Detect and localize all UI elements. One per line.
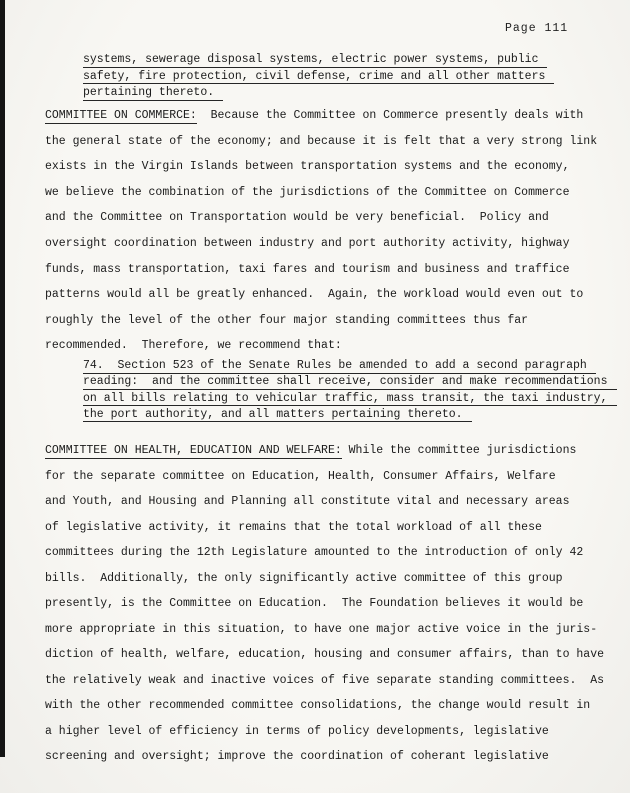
text-line: diction of health, welfare, education, h… bbox=[45, 642, 604, 668]
text-line: we believe the combination of the jurisd… bbox=[45, 180, 597, 206]
intro-quote-block: systems, sewerage disposal systems, elec… bbox=[83, 52, 554, 102]
text-line: patterns would all be greatly enhanced. … bbox=[45, 282, 597, 308]
commerce-paragraph: COMMITTEE ON COMMERCE: Because the Commi… bbox=[45, 103, 597, 359]
recommendation-74-block: 74. Section 523 of the Senate Rules be a… bbox=[83, 358, 617, 423]
commerce-heading-line: COMMITTEE ON COMMERCE: Because the Commi… bbox=[45, 103, 597, 129]
hew-paragraph: COMMITTEE ON HEALTH, EDUCATION AND WELFA… bbox=[45, 438, 604, 770]
scan-edge-artifact bbox=[0, 0, 5, 757]
text-line: safety, fire protection, civil defense, … bbox=[83, 69, 554, 86]
text-line: oversight coordination between industry … bbox=[45, 231, 597, 257]
commerce-heading: COMMITTEE ON COMMERCE: bbox=[45, 109, 197, 124]
text-line: and Youth, and Housing and Planning all … bbox=[45, 489, 604, 515]
text-line: roughly the level of the other four majo… bbox=[45, 308, 597, 334]
text-line: recommended. Therefore, we recommend tha… bbox=[45, 333, 597, 359]
text-line: the general state of the economy; and be… bbox=[45, 129, 597, 155]
hew-heading-line: COMMITTEE ON HEALTH, EDUCATION AND WELFA… bbox=[45, 438, 604, 464]
hew-heading-rest: While the committee jurisdictions bbox=[342, 444, 577, 457]
text-line: screening and oversight; improve the coo… bbox=[45, 744, 604, 770]
text-line: systems, sewerage disposal systems, elec… bbox=[83, 52, 554, 69]
text-line: 74. Section 523 of the Senate Rules be a… bbox=[83, 358, 617, 374]
text-line: more appropriate in this situation, to h… bbox=[45, 617, 604, 643]
text-line: for the separate committee on Education,… bbox=[45, 464, 604, 490]
text-line: exists in the Virgin Islands between tra… bbox=[45, 154, 597, 180]
text-line: bills. Additionally, the only significan… bbox=[45, 566, 604, 592]
text-line: with the other recommended committee con… bbox=[45, 693, 604, 719]
text-line: a higher level of efficiency in terms of… bbox=[45, 719, 604, 745]
text-line: committees during the 12th Legislature a… bbox=[45, 540, 604, 566]
commerce-heading-rest: Because the Committee on Commerce presen… bbox=[197, 109, 583, 122]
scanned-document-page: Page 111 systems, sewerage disposal syst… bbox=[0, 0, 630, 793]
text-line: of legislative activity, it remains that… bbox=[45, 515, 604, 541]
text-line: reading: and the committee shall receive… bbox=[83, 374, 617, 390]
text-line: pertaining thereto. bbox=[83, 85, 554, 102]
text-line: the relatively weak and inactive voices … bbox=[45, 668, 604, 694]
page-number: Page 111 bbox=[505, 22, 568, 35]
text-line: on all bills relating to vehicular traff… bbox=[83, 391, 617, 407]
text-line: and the Committee on Transportation woul… bbox=[45, 205, 597, 231]
text-line: the port authority, and all matters pert… bbox=[83, 407, 617, 423]
text-line: presently, is the Committee on Education… bbox=[45, 591, 604, 617]
hew-heading: COMMITTEE ON HEALTH, EDUCATION AND WELFA… bbox=[45, 444, 342, 459]
text-line: funds, mass transportation, taxi fares a… bbox=[45, 257, 597, 283]
